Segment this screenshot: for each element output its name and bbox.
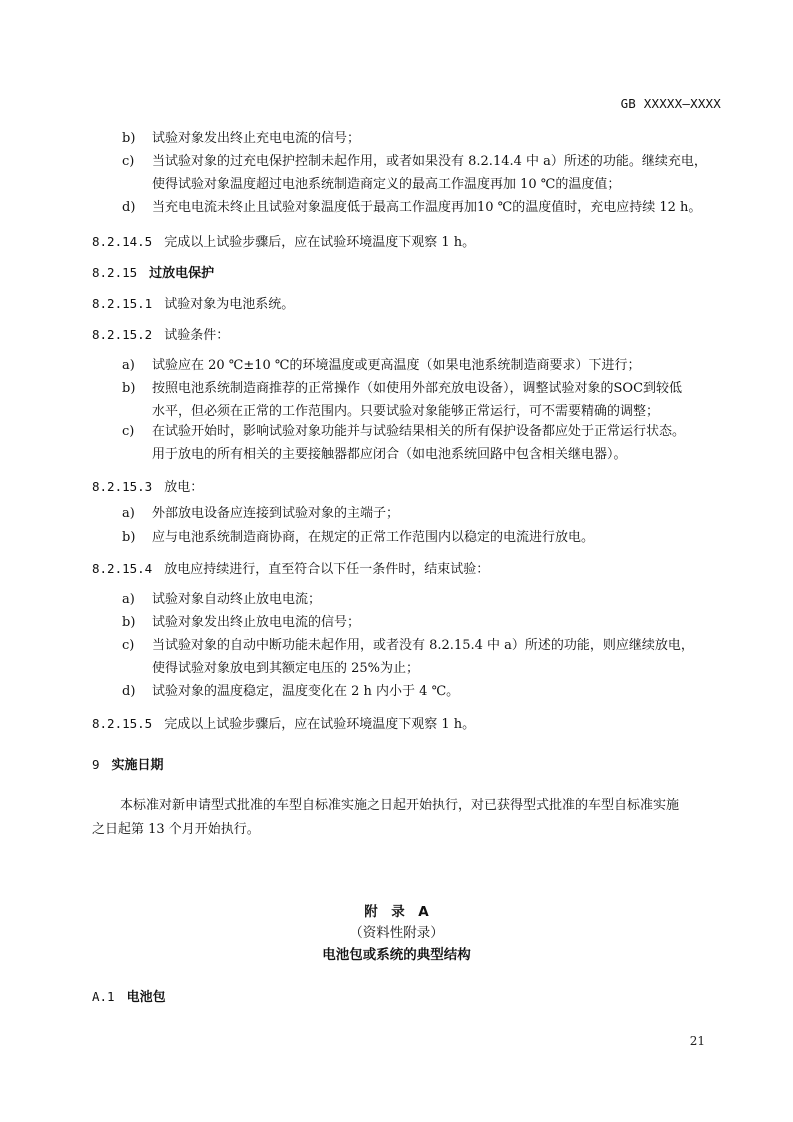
section-number: 9 [92,757,100,772]
clause-number: 8.2.15.4 [92,561,152,576]
annex-clause-a1: A.1电池包 [92,989,166,1006]
list-text: 试验应在 20 ℃±10 ℃的环境温度或更高温度（如果电池系统制造商要求）下进行… [152,358,640,374]
list-text: 外部放电设备应连接到试验对象的主端子； [152,506,399,522]
clause-8-2-14-5: 8.2.14.5完成以上试验步骤后，应在试验环境温度下观察 1 h。 [92,234,475,251]
annex-subtitle: 电池包或系统的典型结构 [0,947,793,963]
list-text: 在试验开始时，影响试验对象功能并与试验结果相关的所有保护设备都应处于正常运行状态… [152,424,685,440]
clause-text: 放电： [164,480,203,495]
clause-text: 完成以上试验步骤后，应在试验环境温度下观察 1 h。 [164,235,475,250]
clause-8-2-15-3: 8.2.15.3放电： [92,479,203,496]
annex-title: 附 录 A [0,904,793,920]
list-label: c) [122,638,148,654]
clause-number: 8.2.15.3 [92,479,152,494]
clause-text: 放电应持续进行，直至符合以下任一条件时，结束试验： [164,562,489,577]
list-text-continued: 使得试验对象温度超过电池系统制造商定义的最高工作温度再加 10 ℃的温度值； [152,177,620,193]
list-text: 试验对象的温度稳定，温度变化在 2 h 内小于 4 ℃。 [152,684,459,700]
list-label: c) [122,154,148,170]
list-label: b) [122,530,148,546]
list-label: b) [122,615,148,631]
list-label: a) [122,592,148,608]
document-page: GB XXXXX—XXXX b) 试验对象发出终止充电电流的信号； c) 当试验… [0,0,793,1122]
list-label: b) [122,131,148,147]
list-label: b) [122,381,148,397]
list-text-continued: 用于放电的所有相关的主要接触器都应闭合（如电池系统回路中包含相关继电器）。 [152,447,627,463]
section-title: 实施日期 [112,758,164,773]
list-text: 按照电池系统制造商推荐的正常操作（如使用外部充放电设备），调整试验对象的SOC到… [152,381,682,397]
clause-title: 电池包 [127,990,166,1005]
list-text: 当试验对象的自动中断功能未起作用，或者没有 8.2.15.4 中 a）所述的功能… [152,638,694,654]
list-text: 试验对象自动终止放电电流； [152,592,321,608]
list-text-continued: 使得试验对象放电到其额定电压的 25%为止； [152,661,419,677]
list-label: a) [122,358,148,374]
clause-number: 8.2.14.5 [92,234,152,249]
body-paragraph-line: 本标准对新申请型式批准的车型自标准实施之日起开始执行，对已获得型式批准的车型自标… [120,798,679,814]
list-text: 试验对象发出终止放电电流的信号； [152,615,360,631]
clause-number: 8.2.15.5 [92,716,152,731]
section-title: 过放电保护 [149,266,214,281]
list-label: d) [122,200,148,216]
list-text: 当充电电流未终止且试验对象温度低于最高工作温度再加10 ℃的温度值时，充电应持续… [152,200,701,216]
clause-number: 8.2.15.1 [92,296,152,311]
list-text-continued: 水平，但必须在正常的工作范围内。只要试验对象能够正常运行，可不需要精确的调整； [152,404,659,420]
list-label: a) [122,506,148,522]
clause-number: A.1 [92,989,115,1004]
clause-text: 试验对象为电池系统。 [164,297,294,312]
list-text: 应与电池系统制造商协商，在规定的正常工作范围内以稳定的电流进行放电。 [152,530,594,546]
page-number: 21 [690,1034,705,1048]
list-label: c) [122,424,148,440]
clause-8-2-15-5: 8.2.15.5完成以上试验步骤后，应在试验环境温度下观察 1 h。 [92,716,475,733]
clause-8-2-15-2: 8.2.15.2试验条件： [92,327,229,344]
body-paragraph-line: 之日起第 13 个月开始执行。 [92,822,260,838]
section-heading-8-2-15: 8.2.15过放电保护 [92,265,214,282]
list-text: 当试验对象的过充电保护控制未起作用，或者如果没有 8.2.14.4 中 a）所述… [152,154,707,170]
standard-code-header: GB XXXXX—XXXX [621,96,721,111]
clause-text: 完成以上试验步骤后，应在试验环境温度下观察 1 h。 [164,717,475,732]
clause-number: 8.2.15 [92,265,137,280]
annex-type: （资料性附录） [0,925,793,941]
list-label: d) [122,684,148,700]
clause-number: 8.2.15.2 [92,327,152,342]
section-heading-9: 9实施日期 [92,757,164,774]
clause-8-2-15-4: 8.2.15.4放电应持续进行，直至符合以下任一条件时，结束试验： [92,561,489,578]
list-text: 试验对象发出终止充电电流的信号； [152,131,360,147]
clause-8-2-15-1: 8.2.15.1试验对象为电池系统。 [92,296,294,313]
clause-text: 试验条件： [164,328,229,343]
